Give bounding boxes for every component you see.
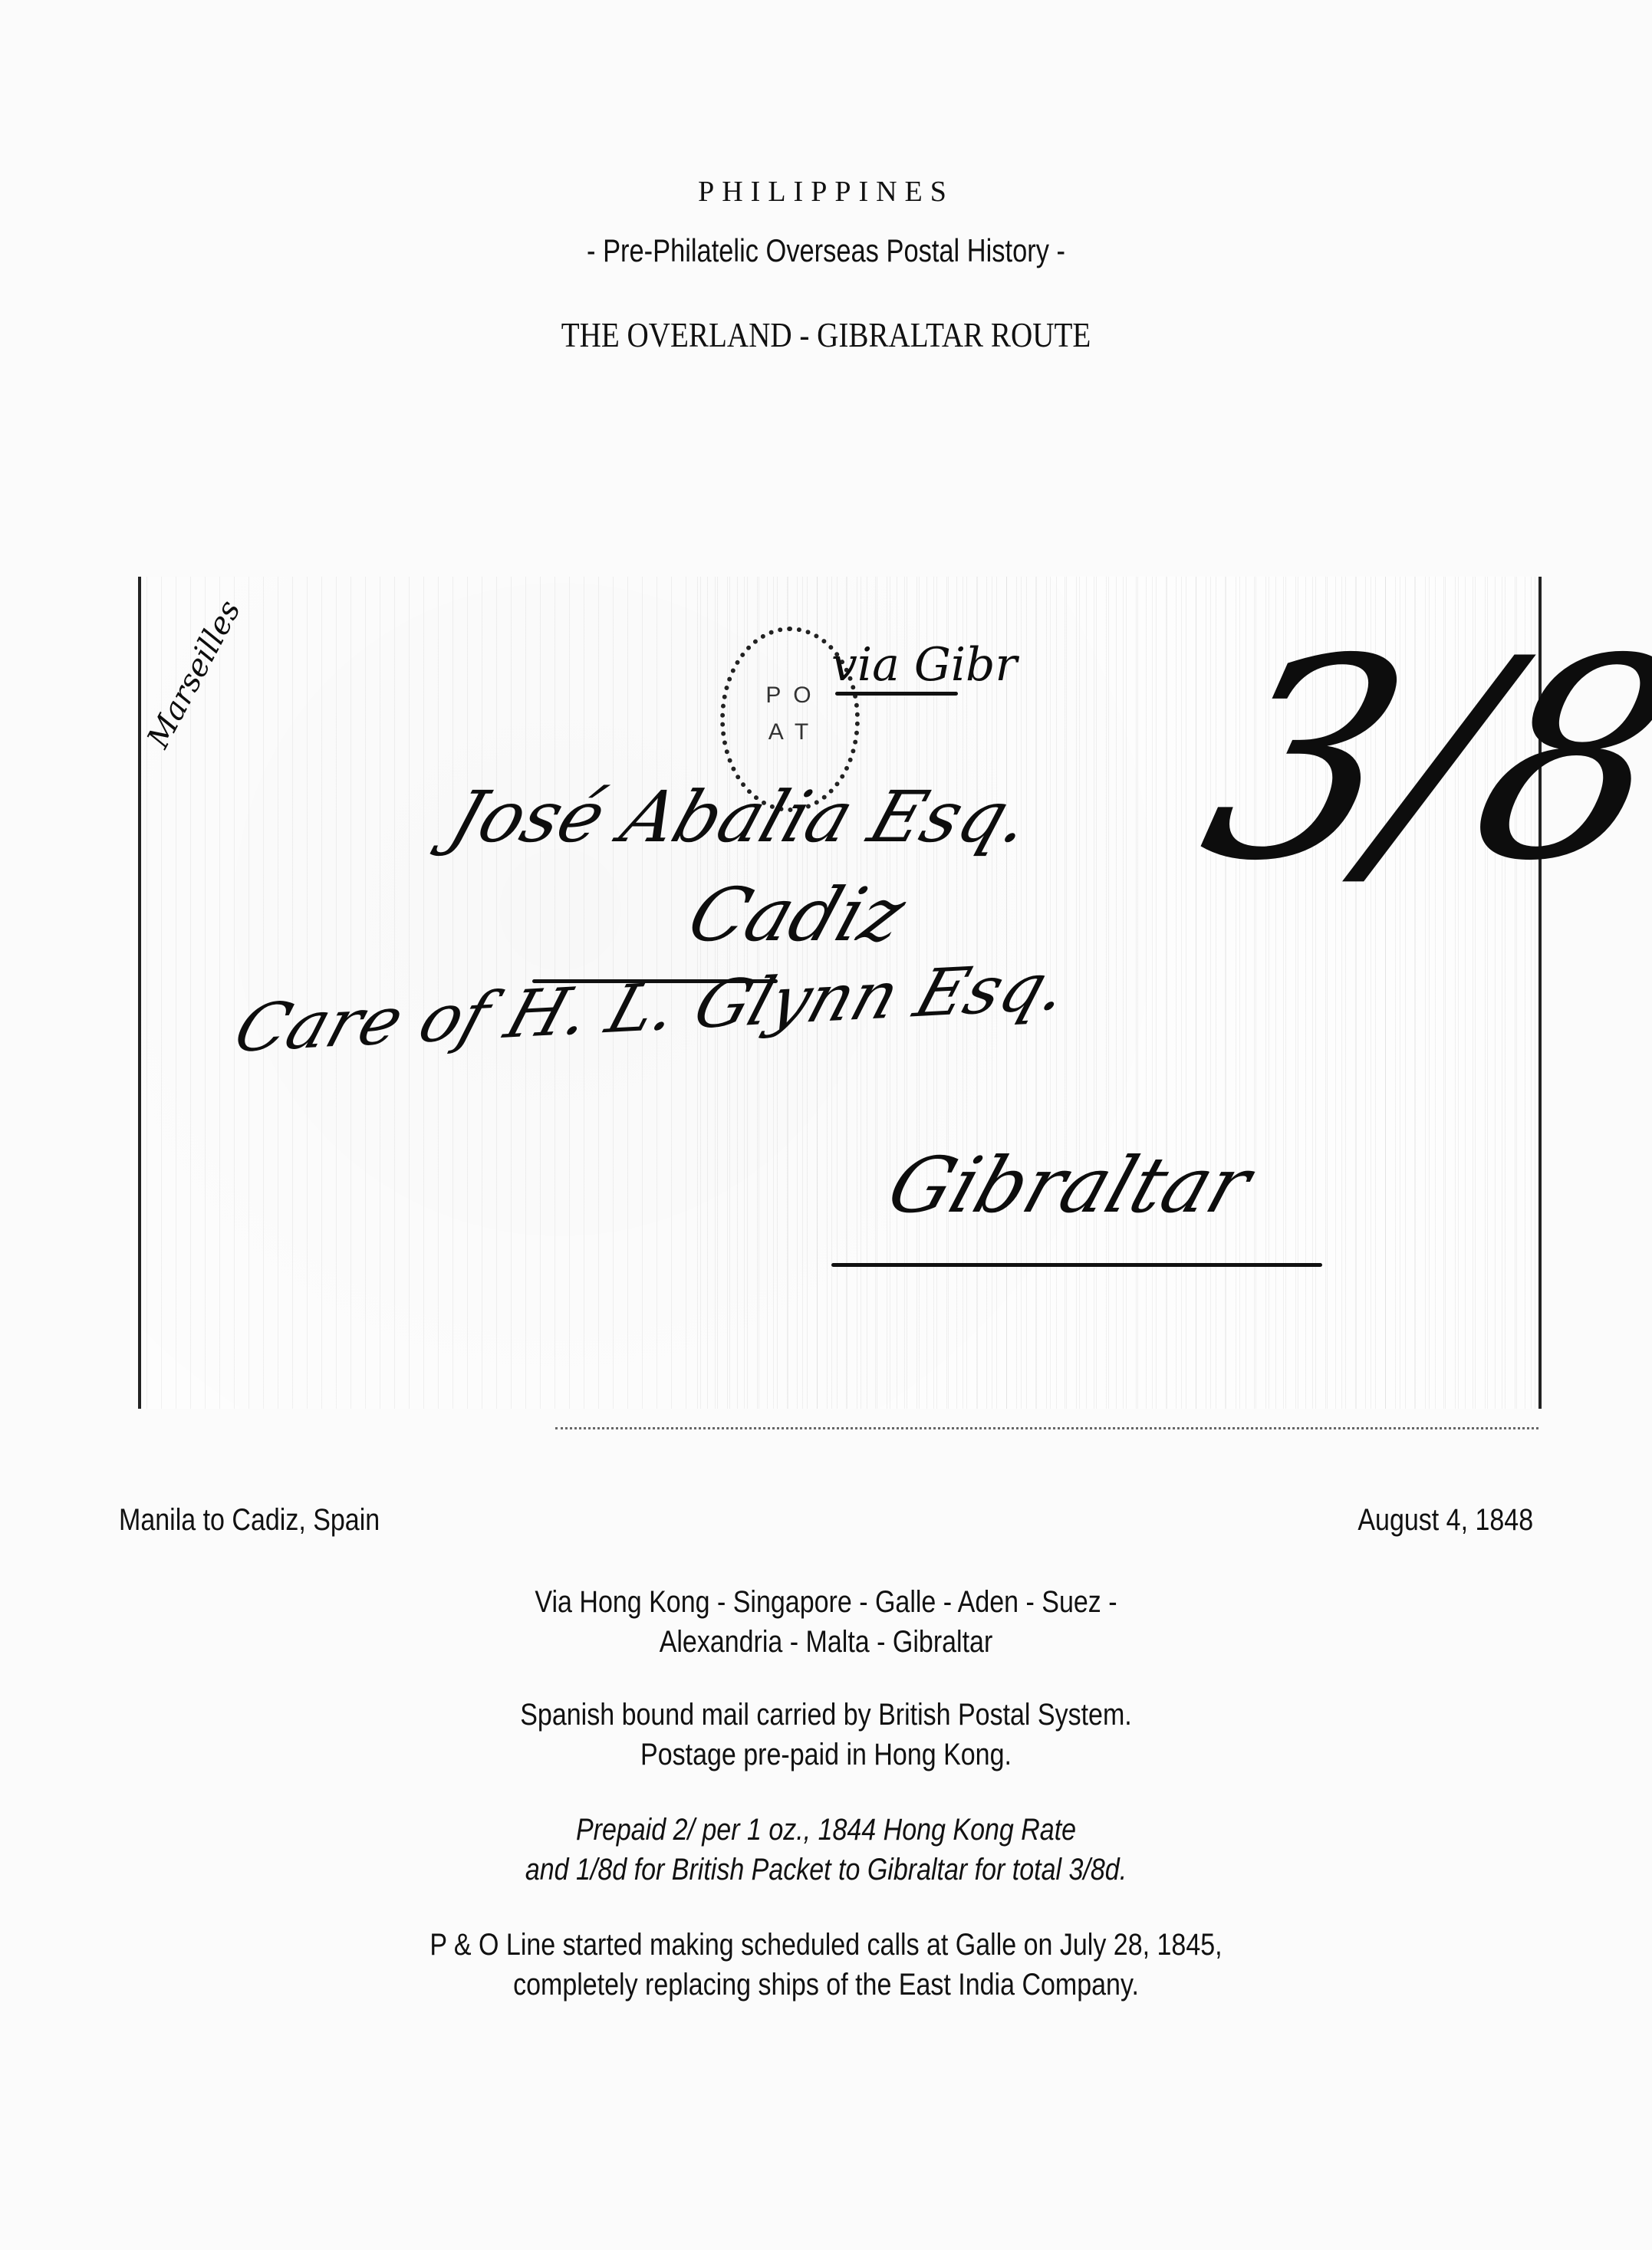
cover-image: P O A T Marseilles via Gibr José Abalia …: [138, 577, 1542, 1409]
caption-date: August 4, 1848: [1357, 1503, 1533, 1538]
handwritten-marseilles: Marseilles: [140, 594, 248, 754]
handwritten-city: Cadiz: [678, 872, 916, 958]
paragraph-po-line: P & O Line started making scheduled call…: [124, 1925, 1529, 2005]
postmark-text: P O A T: [755, 677, 824, 751]
paragraph-rate: Prepaid 2/ per 1 oz., 1844 Hong Kong Rat…: [124, 1810, 1529, 1890]
handwritten-rate-marking: 3/8: [1184, 623, 1652, 899]
paragraph-route: Via Hong Kong - Singapore - Galle - Aden…: [124, 1582, 1529, 1662]
route-title: THE OVERLAND - GIBRALTAR ROUTE: [124, 314, 1529, 355]
page-title-country: PHILIPPINES: [0, 175, 1652, 209]
handwritten-routing: via Gibr: [831, 638, 1017, 692]
caption-origin-destination: Manila to Cadiz, Spain: [119, 1503, 380, 1538]
handwritten-destination: Gibraltar: [877, 1140, 1262, 1230]
paragraph-postal-system: Spanish bound mail carried by British Po…: [124, 1695, 1529, 1775]
destination-underline: [831, 1263, 1322, 1267]
routing-underline: [835, 692, 958, 696]
handwritten-addressee: José Abalia Esq.: [440, 776, 1042, 858]
page-subtitle: - Pre-Philatelic Overseas Postal History…: [149, 232, 1503, 269]
cover-bottom-edge: [555, 1427, 1538, 1432]
